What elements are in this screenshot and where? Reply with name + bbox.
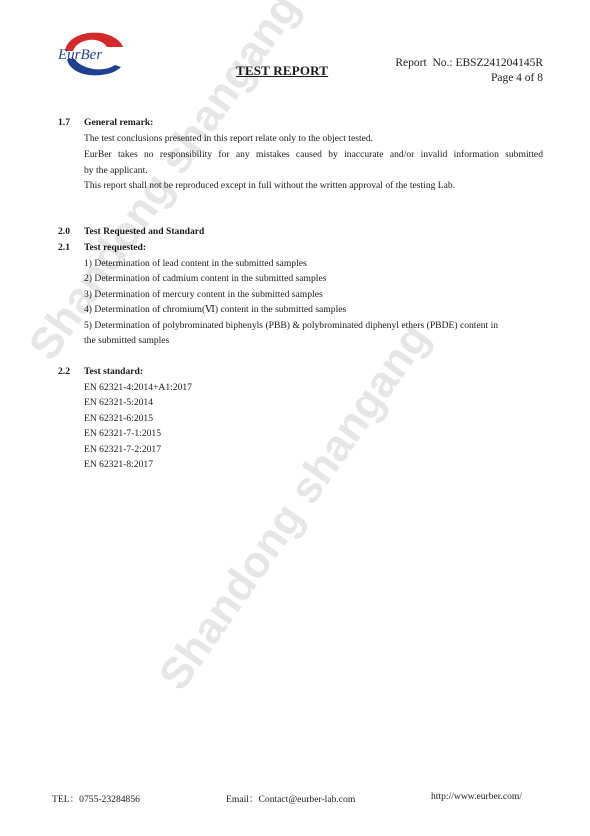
test-standard-item: EN 62321-6:2015: [84, 413, 153, 424]
report-number-value: EBSZ241204145R: [455, 57, 543, 69]
eurber-logo: EurBer E: [55, 29, 133, 79]
section-number: 2.2: [58, 366, 70, 377]
logo-text: EurBer: [57, 47, 102, 63]
report-page: Shandong shangang Shandong shangang EurB…: [0, 0, 590, 836]
footer-telephone: TEL：0755-23284856: [52, 791, 140, 805]
test-requested-item: 3) Determination of mercury content in t…: [84, 289, 323, 300]
test-standard-item: EN 62321-8:2017: [84, 459, 153, 470]
test-standard-item: EN 62321-7-2:2017: [84, 444, 161, 455]
watermark: Shandong shangang: [150, 314, 441, 699]
test-requested-item: 1) Determination of lead content in the …: [84, 258, 307, 269]
report-number: Report No.: EBSZ241204145R: [395, 57, 543, 69]
footer-website: http://www.eurber.com/: [431, 791, 522, 802]
remark-line: The test conclusions presented in this r…: [84, 133, 373, 144]
page-title: TEST REPORT: [236, 63, 328, 79]
footer-email: Email：Contact@eurber-lab.com: [226, 791, 355, 805]
test-standard-item: EN 62321-5:2014: [84, 397, 153, 408]
remark-line: This report shall not be reproduced exce…: [84, 180, 455, 191]
test-requested-item: 4) Determination of chromium(Ⅵ) content …: [84, 304, 346, 315]
test-standard-item: EN 62321-7-1:2015: [84, 428, 161, 439]
test-requested-item: the submitted samples: [84, 335, 169, 346]
test-standard-item: EN 62321-4:2014+A1:2017: [84, 382, 192, 393]
section-heading: Test Requested and Standard: [84, 226, 204, 237]
section-number: 2.0: [58, 226, 70, 237]
section-number: 1.7: [58, 117, 70, 128]
section-number: 2.1: [58, 242, 70, 253]
remark-line: EurBer takes no responsibility for any m…: [84, 149, 543, 160]
section-heading: General remark:: [84, 117, 153, 128]
section-heading: Test requested:: [84, 242, 146, 253]
page-number: Page 4 of 8: [491, 72, 543, 84]
test-requested-item: 2) Determination of cadmium content in t…: [84, 273, 326, 284]
remark-line: by the applicant.: [84, 165, 148, 176]
test-requested-item: 5) Determination of polybrominated biphe…: [84, 320, 498, 331]
report-number-label: Report No.:: [395, 57, 452, 69]
section-heading: Test standard:: [84, 366, 143, 377]
